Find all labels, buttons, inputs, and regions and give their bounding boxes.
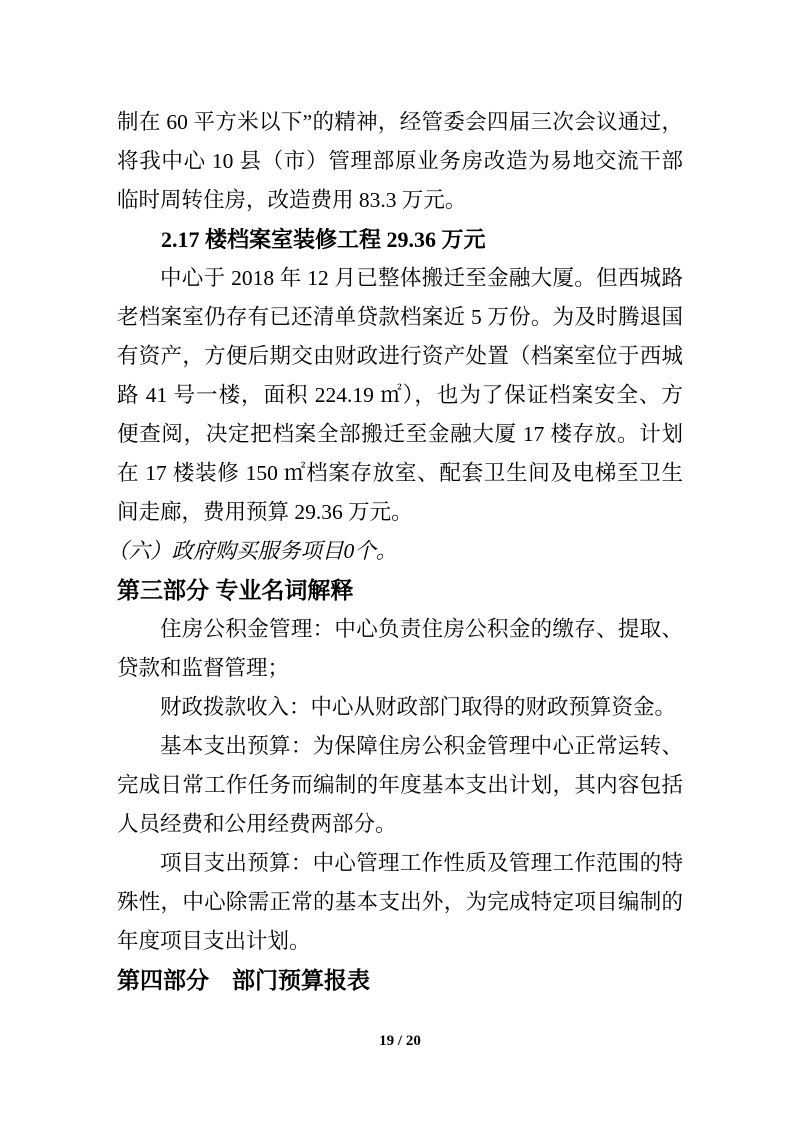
text-line: 住房公积金管理：中心负责住房公积金的缴存、提取、: [117, 610, 683, 649]
text-line: 贷款和监督管理；: [117, 649, 683, 688]
text-line: 年度项目支出计划。: [117, 922, 683, 961]
text-line: 便查阅，决定把档案全部搬迁至金融大厦 17 楼存放。计划: [117, 415, 683, 454]
document-body: 制在 60 平方米以下”的精神，经管委会四届三次会议通过，将我中心 10 县（市…: [117, 103, 683, 1000]
text-line: 第三部分 专业名词解释: [117, 571, 683, 610]
text-line: 基本支出预算：为保障住房公积金管理中心正常运转、: [117, 727, 683, 766]
text-line: 制在 60 平方米以下”的精神，经管委会四届三次会议通过，: [117, 103, 683, 142]
text-line: （六）政府购买服务项目0个。: [107, 532, 683, 571]
text-line: 将我中心 10 县（市）管理部原业务房改造为易地交流干部: [117, 142, 683, 181]
document-page: 制在 60 平方米以下”的精神，经管委会四届三次会议通过，将我中心 10 县（市…: [0, 0, 800, 1131]
text-line: 项目支出预算：中心管理工作性质及管理工作范围的特: [117, 844, 683, 883]
text-line: 路 41 号一楼，面积 224.19 ㎡），也为了保证档案安全、方: [117, 376, 683, 415]
text-line: 有资产，方便后期交由财政进行资产处置（档案室位于西城: [117, 337, 683, 376]
text-line: 人员经费和公用经费两部分。: [117, 805, 683, 844]
page-number: 19 / 20: [0, 1031, 800, 1051]
text-line: 完成日常工作任务而编制的年度基本支出计划，其内容包括: [117, 766, 683, 805]
text-line: 财政拨款收入：中心从财政部门取得的财政预算资金。: [117, 688, 683, 727]
text-line: 第四部分 部门预算报表: [117, 961, 683, 1000]
text-line: 间走廊，费用预算 29.36 万元。: [117, 493, 683, 532]
text-line: 在 17 楼装修 150 ㎡档案存放室、配套卫生间及电梯至卫生: [117, 454, 683, 493]
text-line: 临时周转住房，改造费用 83.3 万元。: [117, 181, 683, 220]
text-line: 殊性，中心除需正常的基本支出外，为完成特定项目编制的: [117, 883, 683, 922]
text-line: 2.17 楼档案室装修工程 29.36 万元: [117, 220, 683, 259]
text-line: 老档案室仍存有已还清单贷款档案近 5 万份。为及时腾退国: [117, 298, 683, 337]
text-line: 中心于 2018 年 12 月已整体搬迁至金融大厦。但西城路: [117, 259, 683, 298]
